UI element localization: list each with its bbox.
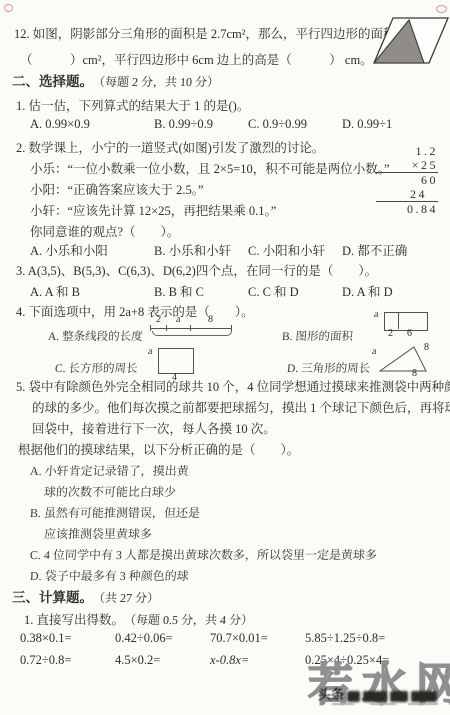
- q5-option-a-line1: A. 小轩肯定记录错了，摸出黄: [29, 461, 189, 481]
- rect-divider: [398, 312, 399, 329]
- q2-speech-xiaoxuan: 小轩：“应该先计算 12×25，再把结果乘 0.1。”: [30, 201, 276, 221]
- section2-note: （每题 2 分，共 10 分）: [92, 72, 219, 92]
- section3-header: 三、计算题。（共 27 分）: [12, 588, 159, 608]
- section3-note: （共 27 分）: [92, 588, 159, 608]
- q3-stem: 3. A(3,5)、B(5,3)、C(6,3)、D(6,2)四个点，在同一行的是…: [16, 261, 377, 281]
- calc-item: 0.72÷0.8=: [20, 653, 115, 668]
- rect-side-label-a: a: [147, 346, 153, 357]
- calc-row-1: 0.38×0.1= 0.42÷0.06= 70.7×0.01= 5.85÷1.2…: [12, 631, 450, 646]
- vm-row-4: 24: [376, 187, 438, 201]
- q4-option-a-label: A. 整条线段的长度: [47, 327, 143, 347]
- q5-option-b-line1: B. 虽然有可能推测错误，但还是: [29, 503, 200, 523]
- q5-option-a-line2: 球的次数不可能比白球少: [43, 482, 176, 502]
- corner-red-mark-right: [436, 5, 447, 13]
- q4-diagram-segment: 2 a 8: [150, 316, 232, 338]
- q5-option-c: C. 4 位同学中有 3 人都是摸出黄球次数多，所以袋里一定是黄球多: [29, 545, 377, 565]
- q2-options: A. 小乐和小阳 B. 小乐和小轩 C. 小阳和小轩 D. 都不正确: [12, 241, 450, 259]
- watermark-dash: [370, 703, 396, 705]
- q2-option-a: A. 小乐和小阳: [30, 241, 154, 259]
- calc-item: x-0.8x=: [210, 653, 305, 668]
- q5-option-d: D. 袋子中最多有 3 种颜色的球: [29, 566, 189, 586]
- triangle-svg: [372, 344, 430, 374]
- vm-row-1: 1.2: [376, 144, 438, 158]
- calc-subtitle-text: 1. 直接写出得数。: [24, 613, 124, 627]
- q5-stem-line1: 5. 袋中有除颜色外完全相同的球共 10 个，4 位同学想通过摸球来推测袋中两种…: [16, 377, 450, 397]
- watermark-smudge: [363, 691, 387, 702]
- q3-option-a: A. A 和 B: [30, 282, 154, 300]
- watermark-smudge: [347, 691, 360, 702]
- q12-line2: （ ）cm²，平行四边形中 6cm 边上的高是（ ） cm。: [20, 50, 373, 70]
- q1-stem: 1. 估一估，下列算式的结果大于 1 的是()。: [16, 96, 249, 116]
- rect-outline: [158, 348, 194, 374]
- watermark-dash: [408, 703, 438, 705]
- parallelogram-figure: [372, 14, 450, 71]
- q3-options: A. A 和 B B. B 和 C C. C 和 D D. A 和 D: [12, 282, 450, 300]
- q1-option-a: A. 0.99×0.9: [30, 117, 154, 132]
- q1-option-c: C. 0.9÷0.99: [248, 117, 342, 132]
- q2-option-b: B. 小乐和小轩: [154, 241, 248, 259]
- rect-bottom-label-6: 6: [407, 328, 412, 339]
- q2-option-c: C. 小阳和小轩: [248, 241, 342, 259]
- watermark-overlay-text: 头条: [318, 684, 437, 703]
- q12-line1: 12. 如图，阴影部分三角形的面积是 2.7cm²，那么，平行四边形的面积是: [14, 24, 408, 44]
- calc-item: 0.38×0.1=: [20, 631, 115, 646]
- q4-option-c-label: C. 长方形的周长: [54, 359, 138, 379]
- watermark-overlay-label: 头条: [318, 687, 344, 702]
- q1-option-b: B. 0.99÷0.9: [154, 117, 248, 132]
- q5-stem-line3: 回袋中，接着进行下一次，每人各摸 10 次。: [32, 419, 276, 439]
- watermark-dash: [332, 703, 354, 705]
- q5-option-b-line2: 应该推测袋里黄球多: [43, 524, 152, 544]
- calc-subtitle: 1. 直接写出得数。（每题 0.5 分，共 4 分）: [24, 610, 253, 630]
- section3-title: 三、计算题。: [12, 590, 93, 605]
- segment-underbrace: [152, 331, 232, 336]
- parallelogram-svg: [372, 14, 450, 66]
- corner-red-mark-left: [4, 4, 13, 12]
- q2-speech-xiaoyang: 小阳：“正确答案应该大于 2.5。”: [30, 180, 204, 200]
- q3-option-c: C. C 和 D: [248, 282, 342, 300]
- calc-item: 70.7×0.01=: [210, 631, 305, 646]
- q4-diagram-triangle: a 8 8: [372, 344, 432, 380]
- q1-options: A. 0.99×0.9 B. 0.99÷0.9 C. 0.9÷0.99 D. 0…: [12, 117, 450, 132]
- q3-option-d: D. A 和 D: [342, 282, 450, 300]
- section2-title: 二、选择题。: [12, 74, 93, 89]
- calc-item: 4.5×0.2=: [115, 653, 210, 668]
- vertical-multiplication-figure: 1.2 ×25 60 24 0.84: [376, 144, 438, 216]
- vm-partial-products: 60 24: [376, 173, 438, 202]
- q4-option-b-label: B. 图形的面积: [281, 327, 353, 347]
- q2-question: 你同意谁的观点?（ ）。: [30, 222, 179, 242]
- segment-line: [150, 328, 232, 329]
- segment-label-a: a: [176, 314, 181, 325]
- q3-option-b: B. B 和 C: [154, 282, 248, 300]
- q5-stem-line2: 的球的多少。他们每次摸之前都要把球摇匀，摸出 1 个球记下颜色后，再将球放: [32, 398, 450, 418]
- calc-item: 0.42÷0.06=: [115, 631, 210, 646]
- calc-item: 5.85÷1.25÷0.8=: [305, 631, 450, 646]
- vm-row-2: ×25: [376, 158, 438, 173]
- q5-stem-line4: 根据他们的摸球结果，以下分析正确的是（ ）。: [18, 440, 299, 460]
- q4-option-d-label: D. 三角形的周长: [286, 359, 370, 379]
- vm-row-5: 0.84: [376, 202, 438, 216]
- rect-side-label-a: a: [373, 309, 379, 320]
- q4-diagram-split-rectangle: a 2 6: [374, 312, 426, 342]
- calc-subtitle-note: （每题 0.5 分，共 4 分）: [123, 610, 253, 630]
- rect-bottom-label-2: 2: [388, 328, 393, 339]
- watermark-smudge: [411, 691, 437, 702]
- q2-stem: 2. 数学课上，小宁的一道竖式(如图)引发了激烈的讨论。: [16, 138, 324, 158]
- q1-option-d: D. 0.99÷1: [342, 117, 450, 132]
- vm-row-3: 60: [376, 173, 438, 187]
- triangle-top-label-8: 8: [424, 342, 429, 353]
- segment-label-2: 2: [156, 314, 162, 325]
- q2-speech-xiaole: 小乐：“一位小数乘一位小数，且 2×5=10，积不可能是两位小数。”: [30, 159, 390, 179]
- exam-paper-page: 12. 如图，阴影部分三角形的面积是 2.7cm²，那么，平行四边形的面积是 （…: [0, 0, 450, 715]
- segment-label-8: 8: [208, 314, 214, 325]
- segment-tick: [150, 325, 151, 331]
- q2-option-d: D. 都不正确: [342, 241, 450, 259]
- section2-header: 二、选择题。（每题 2 分，共 10 分）: [12, 72, 219, 92]
- watermark-smudge: [390, 691, 408, 702]
